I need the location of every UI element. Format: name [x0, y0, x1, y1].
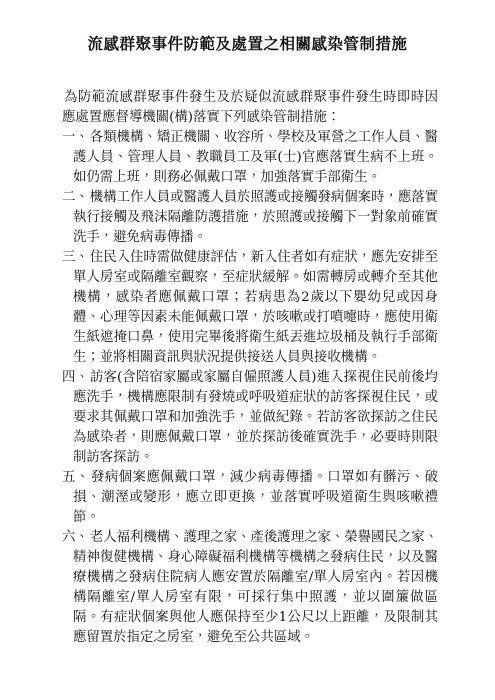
- document-page: 流感群聚事件防範及處置之相關感染管制措施 為防範流感群聚事件發生及於疑似流感群聚…: [0, 0, 495, 700]
- list-item-2: 二、機構工作人員或醫護人員於照護或接觸發病個案時，應落實執行接觸及飛沫隔離防護措…: [62, 188, 438, 248]
- list-item-4: 四、訪客(含陪宿家屬或家屬自僱照護人員)進入探視住民前後均應洗手，機構應限制有發…: [62, 368, 438, 468]
- intro-paragraph: 為防範流感群聚事件發生及於疑似流感群聚事件發生時即時因應處置應督導機關(構)落實…: [62, 88, 438, 128]
- document-title: 流感群聚事件防範及處置之相關感染管制措施: [0, 33, 495, 55]
- item-number: 五、: [62, 470, 90, 485]
- item-text: 訪客(含陪宿家屬或家屬自僱照護人員)進入探視住民前後均應洗手，機構應限制有發燒或…: [73, 370, 438, 465]
- item-text: 各類機構、矯正機關、收容所、學校及軍營之工作人員、醫護人員、管理人員、教職員工及…: [73, 130, 438, 185]
- item-number: 三、: [62, 250, 89, 265]
- item-text: 機構工作人員或醫護人員於照護或接觸發病個案時，應落實執行接觸及飛沫隔離防護措施，…: [73, 190, 438, 245]
- list-item-6: 六、老人福利機構、護理之家、產後護理之家、榮譽國民之家、精神復健機構、身心障礙福…: [62, 528, 438, 648]
- item-number: 四、: [62, 370, 89, 385]
- list-item-1: 一、各類機構、矯正機關、收容所、學校及軍營之工作人員、醫護人員、管理人員、教職員…: [62, 128, 438, 188]
- item-text: 老人福利機構、護理之家、產後護理之家、榮譽國民之家、精神復健機構、身心障礙福利機…: [73, 530, 438, 645]
- item-number: 六、: [62, 530, 89, 545]
- item-number: 一、: [62, 130, 89, 145]
- item-number: 二、: [62, 190, 89, 205]
- document-body: 為防範流感群聚事件發生及於疑似流感群聚事件發生時即時因應處置應督導機關(構)落實…: [62, 88, 438, 648]
- item-text: 發病個案應佩戴口罩，減少病毒傳播。口罩如有髒污、破損、潮溼或變形，應立即更換，並…: [73, 470, 438, 525]
- item-text: 住民入住時需做健康評估，新入住者如有症狀，應先安排至單人房室或隔離室觀察，至症狀…: [73, 250, 438, 365]
- list-item-5: 五、發病個案應佩戴口罩，減少病毒傳播。口罩如有髒污、破損、潮溼或變形，應立即更換…: [62, 468, 438, 528]
- list-item-3: 三、住民入住時需做健康評估，新入住者如有症狀，應先安排至單人房室或隔離室觀察，至…: [62, 248, 438, 368]
